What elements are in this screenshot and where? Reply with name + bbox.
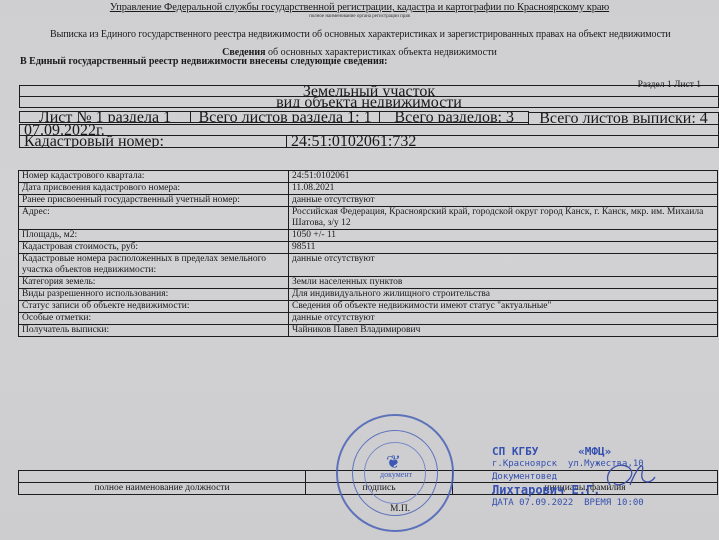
object-characteristics-table: Номер кадастрового квартала:24:51:010206… — [18, 170, 718, 337]
row-key: Категория земель: — [19, 277, 289, 289]
row-value: данные отсутствуют — [289, 313, 718, 325]
table-row: Получатель выписки:Чайников Павел Владим… — [19, 325, 718, 337]
position-caption: полное наименование должности — [19, 483, 306, 495]
round-seal-text: документ — [380, 470, 412, 479]
cadastral-number-label: Кадастровый номер: — [19, 135, 287, 148]
row-value: Для индивидуального жилищного строительс… — [289, 289, 718, 301]
table-row: Площадь, м2:1050 +/- 11 — [19, 230, 718, 242]
table-row: Статус записи об объекте недвижимости:Св… — [19, 301, 718, 313]
row-key: Получатель выписки: — [19, 325, 289, 337]
handwritten-signature-icon — [600, 455, 660, 495]
row-value: Земли населенных пунктов — [289, 277, 718, 289]
sheet-number: Лист № 1 раздела 1 — [19, 111, 191, 123]
row-value: Российская Федерация, Красноярский край,… — [289, 207, 718, 230]
row-value: Чайников Павел Владимирович — [289, 325, 718, 337]
row-value: данные отсутствуют — [289, 195, 718, 207]
intro-text: В Единый государственный реестр недвижим… — [20, 56, 387, 67]
row-key: Виды разрешенного использования: — [19, 289, 289, 301]
registration-authority: Управление Федеральной службы государств… — [0, 2, 719, 13]
cadastral-number-value: 24:51:0102061:732 — [286, 135, 719, 148]
row-value: 24:51:0102061 — [289, 171, 718, 183]
stamp-line-5: ДАТА 07.09.2022 ВРЕМЯ 10:00 — [492, 497, 644, 510]
row-key: Кадастровая стоимость, руб: — [19, 242, 289, 254]
table-row: Номер кадастрового квартала:24:51:010206… — [19, 171, 718, 183]
table-row: Дата присвоения кадастрового номера:11.0… — [19, 183, 718, 195]
total-sections: Всего разделов: 3 — [379, 111, 529, 123]
row-key: Адрес: — [19, 207, 289, 230]
table-row: Виды разрешенного использования:Для инди… — [19, 289, 718, 301]
document-title: Выписка из Единого государственного реес… — [50, 29, 671, 40]
table-row: Ранее присвоенный государственный учетны… — [19, 195, 718, 207]
row-value: Сведения об объекте недвижимости имеют с… — [289, 301, 718, 313]
table-row: Кадастровая стоимость, руб:98511 — [19, 242, 718, 254]
table-row: Категория земель:Земли населенных пункто… — [19, 277, 718, 289]
row-key: Ранее присвоенный государственный учетны… — [19, 195, 289, 207]
row-key: Номер кадастрового квартала: — [19, 171, 289, 183]
row-key: Особые отметки: — [19, 313, 289, 325]
object-type-caption: вид объекта недвижимости — [19, 96, 719, 108]
registration-authority-caption: полное наименование органа регистрации п… — [0, 14, 719, 19]
row-key: Дата присвоения кадастрового номера: — [19, 183, 289, 195]
table-row: Кадастровые номера расположенных в преде… — [19, 254, 718, 277]
row-value: данные отсутствуют — [289, 254, 718, 277]
total-sheets-section: Всего листов раздела 1: 1 — [190, 111, 380, 123]
row-key: Статус записи об объекте недвижимости: — [19, 301, 289, 313]
row-value: 98511 — [289, 242, 718, 254]
row-key: Кадастровые номера расположенных в преде… — [19, 254, 289, 277]
table-row: Адрес:Российская Федерация, Красноярский… — [19, 207, 718, 230]
row-value: 1050 +/- 11 — [289, 230, 718, 242]
table-row: Особые отметки:данные отсутствуют — [19, 313, 718, 325]
position-cell — [19, 471, 306, 483]
row-key: Площадь, м2: — [19, 230, 289, 242]
row-value: 11.08.2021 — [289, 183, 718, 195]
